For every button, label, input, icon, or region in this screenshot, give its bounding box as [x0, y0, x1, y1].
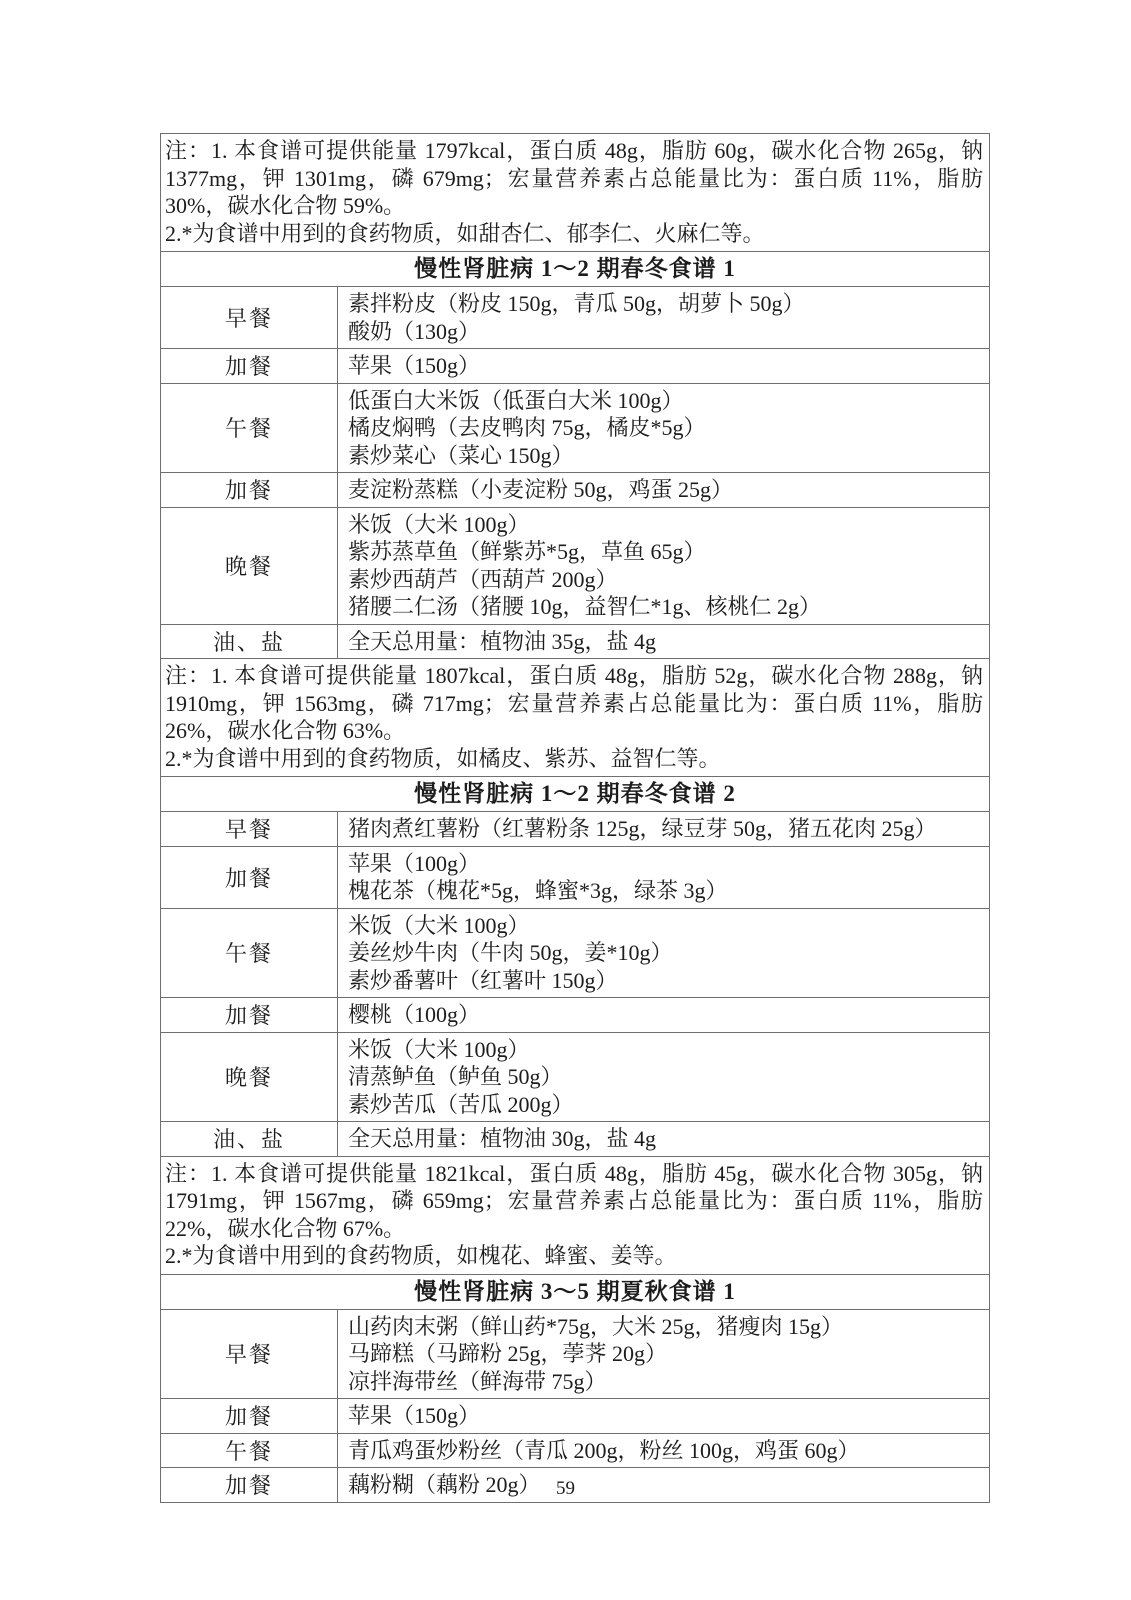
meal-label: 油、盐: [161, 625, 338, 659]
table-row: 晚餐 米饭（大米 100g） 清蒸鲈鱼（鲈鱼 50g） 素炒苦瓜（苦瓜 200g…: [161, 1033, 989, 1123]
table-row: 午餐 米饭（大米 100g） 姜丝炒牛肉（牛肉 50g，姜*10g） 素炒番薯叶…: [161, 909, 989, 999]
note-text: 2.*为食谱中用到的食药物质，如橘皮、紫苏、益智仁等。: [165, 745, 983, 773]
table-row: 午餐 低蛋白大米饭（低蛋白大米 100g） 橘皮焖鸭（去皮鸭肉 75g，橘皮*5…: [161, 384, 989, 474]
dish-list: 米饭（大米 100g） 紫苏蒸草鱼（鲜紫苏*5g，草鱼 65g） 素炒西葫芦（西…: [338, 508, 989, 624]
note-block-2: 注：1. 本食谱可提供能量 1807kcal，蛋白质 48g，脂肪 52g，碳水…: [161, 659, 989, 777]
meal-label: 午餐: [161, 1434, 338, 1468]
table-row: 早餐 山药肉末粥（鲜山药*75g，大米 25g，猪瘦肉 15g） 马蹄糕（马蹄粉…: [161, 1310, 989, 1400]
page-number: 59: [0, 1478, 1131, 1500]
table-row: 油、盐 全天总用量：植物油 30g，盐 4g: [161, 1122, 989, 1157]
meal-label: 加餐: [161, 847, 338, 908]
dish-list: 樱桃（100g）: [338, 998, 989, 1032]
dish-list: 麦淀粉蒸糕（小麦淀粉 50g，鸡蛋 25g）: [338, 473, 989, 507]
table-row: 加餐 苹果（100g） 槐花茶（槐花*5g，蜂蜜*3g，绿茶 3g）: [161, 847, 989, 909]
meal-label: 早餐: [161, 287, 338, 348]
dish-list: 素拌粉皮（粉皮 150g，青瓜 50g，胡萝卜 50g） 酸奶（130g）: [338, 287, 989, 348]
note-text: 注：1. 本食谱可提供能量 1807kcal，蛋白质 48g，脂肪 52g，碳水…: [165, 662, 983, 745]
meal-label: 油、盐: [161, 1122, 338, 1156]
meal-label: 加餐: [161, 998, 338, 1032]
dish-list: 低蛋白大米饭（低蛋白大米 100g） 橘皮焖鸭（去皮鸭肉 75g，橘皮*5g） …: [338, 384, 989, 473]
document-page: 注：1. 本食谱可提供能量 1797kcal，蛋白质 48g，脂肪 60g，碳水…: [0, 0, 1131, 1600]
dish-list: 苹果（150g）: [338, 349, 989, 383]
dish-list: 米饭（大米 100g） 姜丝炒牛肉（牛肉 50g，姜*10g） 素炒番薯叶（红薯…: [338, 909, 989, 998]
table-row: 午餐 青瓜鸡蛋炒粉丝（青瓜 200g，粉丝 100g，鸡蛋 60g）: [161, 1434, 989, 1469]
table-row: 早餐 猪肉煮红薯粉（红薯粉条 125g，绿豆芽 50g，猪五花肉 25g）: [161, 812, 989, 847]
meal-label: 早餐: [161, 1310, 338, 1399]
meal-label: 加餐: [161, 1399, 338, 1433]
dish-list: 苹果（100g） 槐花茶（槐花*5g，蜂蜜*3g，绿茶 3g）: [338, 847, 989, 908]
table-row: 加餐 樱桃（100g）: [161, 998, 989, 1033]
dish-list: 山药肉末粥（鲜山药*75g，大米 25g，猪瘦肉 15g） 马蹄糕（马蹄粉 25…: [338, 1310, 989, 1399]
dish-list: 青瓜鸡蛋炒粉丝（青瓜 200g，粉丝 100g，鸡蛋 60g）: [338, 1434, 989, 1468]
dish-list: 苹果（150g）: [338, 1399, 989, 1433]
meal-label: 晚餐: [161, 1033, 338, 1122]
dish-list: 全天总用量：植物油 35g，盐 4g: [338, 625, 989, 659]
meal-label: 加餐: [161, 349, 338, 383]
table-title-3: 慢性肾脏病 3～5 期夏秋食谱 1: [161, 1275, 989, 1310]
table-row: 加餐 苹果（150g）: [161, 349, 989, 384]
dish-list: 猪肉煮红薯粉（红薯粉条 125g，绿豆芽 50g，猪五花肉 25g）: [338, 812, 989, 846]
note-block-1: 注：1. 本食谱可提供能量 1797kcal，蛋白质 48g，脂肪 60g，碳水…: [161, 134, 989, 252]
dish-list: 米饭（大米 100g） 清蒸鲈鱼（鲈鱼 50g） 素炒苦瓜（苦瓜 200g）: [338, 1033, 989, 1122]
meal-label: 午餐: [161, 384, 338, 473]
table-row: 加餐 麦淀粉蒸糕（小麦淀粉 50g，鸡蛋 25g）: [161, 473, 989, 508]
table-row: 晚餐 米饭（大米 100g） 紫苏蒸草鱼（鲜紫苏*5g，草鱼 65g） 素炒西葫…: [161, 508, 989, 625]
meal-label: 加餐: [161, 473, 338, 507]
table-row: 加餐 苹果（150g）: [161, 1399, 989, 1434]
meal-label: 晚餐: [161, 508, 338, 624]
dish-list: 全天总用量：植物油 30g，盐 4g: [338, 1122, 989, 1156]
table-row: 早餐 素拌粉皮（粉皮 150g，青瓜 50g，胡萝卜 50g） 酸奶（130g）: [161, 287, 989, 349]
table-row: 油、盐 全天总用量：植物油 35g，盐 4g: [161, 625, 989, 660]
table-title-2: 慢性肾脏病 1～2 期春冬食谱 2: [161, 777, 989, 812]
note-text: 注：1. 本食谱可提供能量 1821kcal，蛋白质 48g，脂肪 45g，碳水…: [165, 1160, 983, 1243]
note-block-3: 注：1. 本食谱可提供能量 1821kcal，蛋白质 48g，脂肪 45g，碳水…: [161, 1157, 989, 1275]
note-text: 2.*为食谱中用到的食药物质，如槐花、蜂蜜、姜等。: [165, 1242, 983, 1270]
note-text: 2.*为食谱中用到的食药物质，如甜杏仁、郁李仁、火麻仁等。: [165, 220, 983, 248]
note-text: 注：1. 本食谱可提供能量 1797kcal，蛋白质 48g，脂肪 60g，碳水…: [165, 137, 983, 220]
meal-label: 早餐: [161, 812, 338, 846]
meal-label: 午餐: [161, 909, 338, 998]
diet-recipe-tables: 注：1. 本食谱可提供能量 1797kcal，蛋白质 48g，脂肪 60g，碳水…: [160, 133, 990, 1503]
table-title-1: 慢性肾脏病 1～2 期春冬食谱 1: [161, 252, 989, 287]
